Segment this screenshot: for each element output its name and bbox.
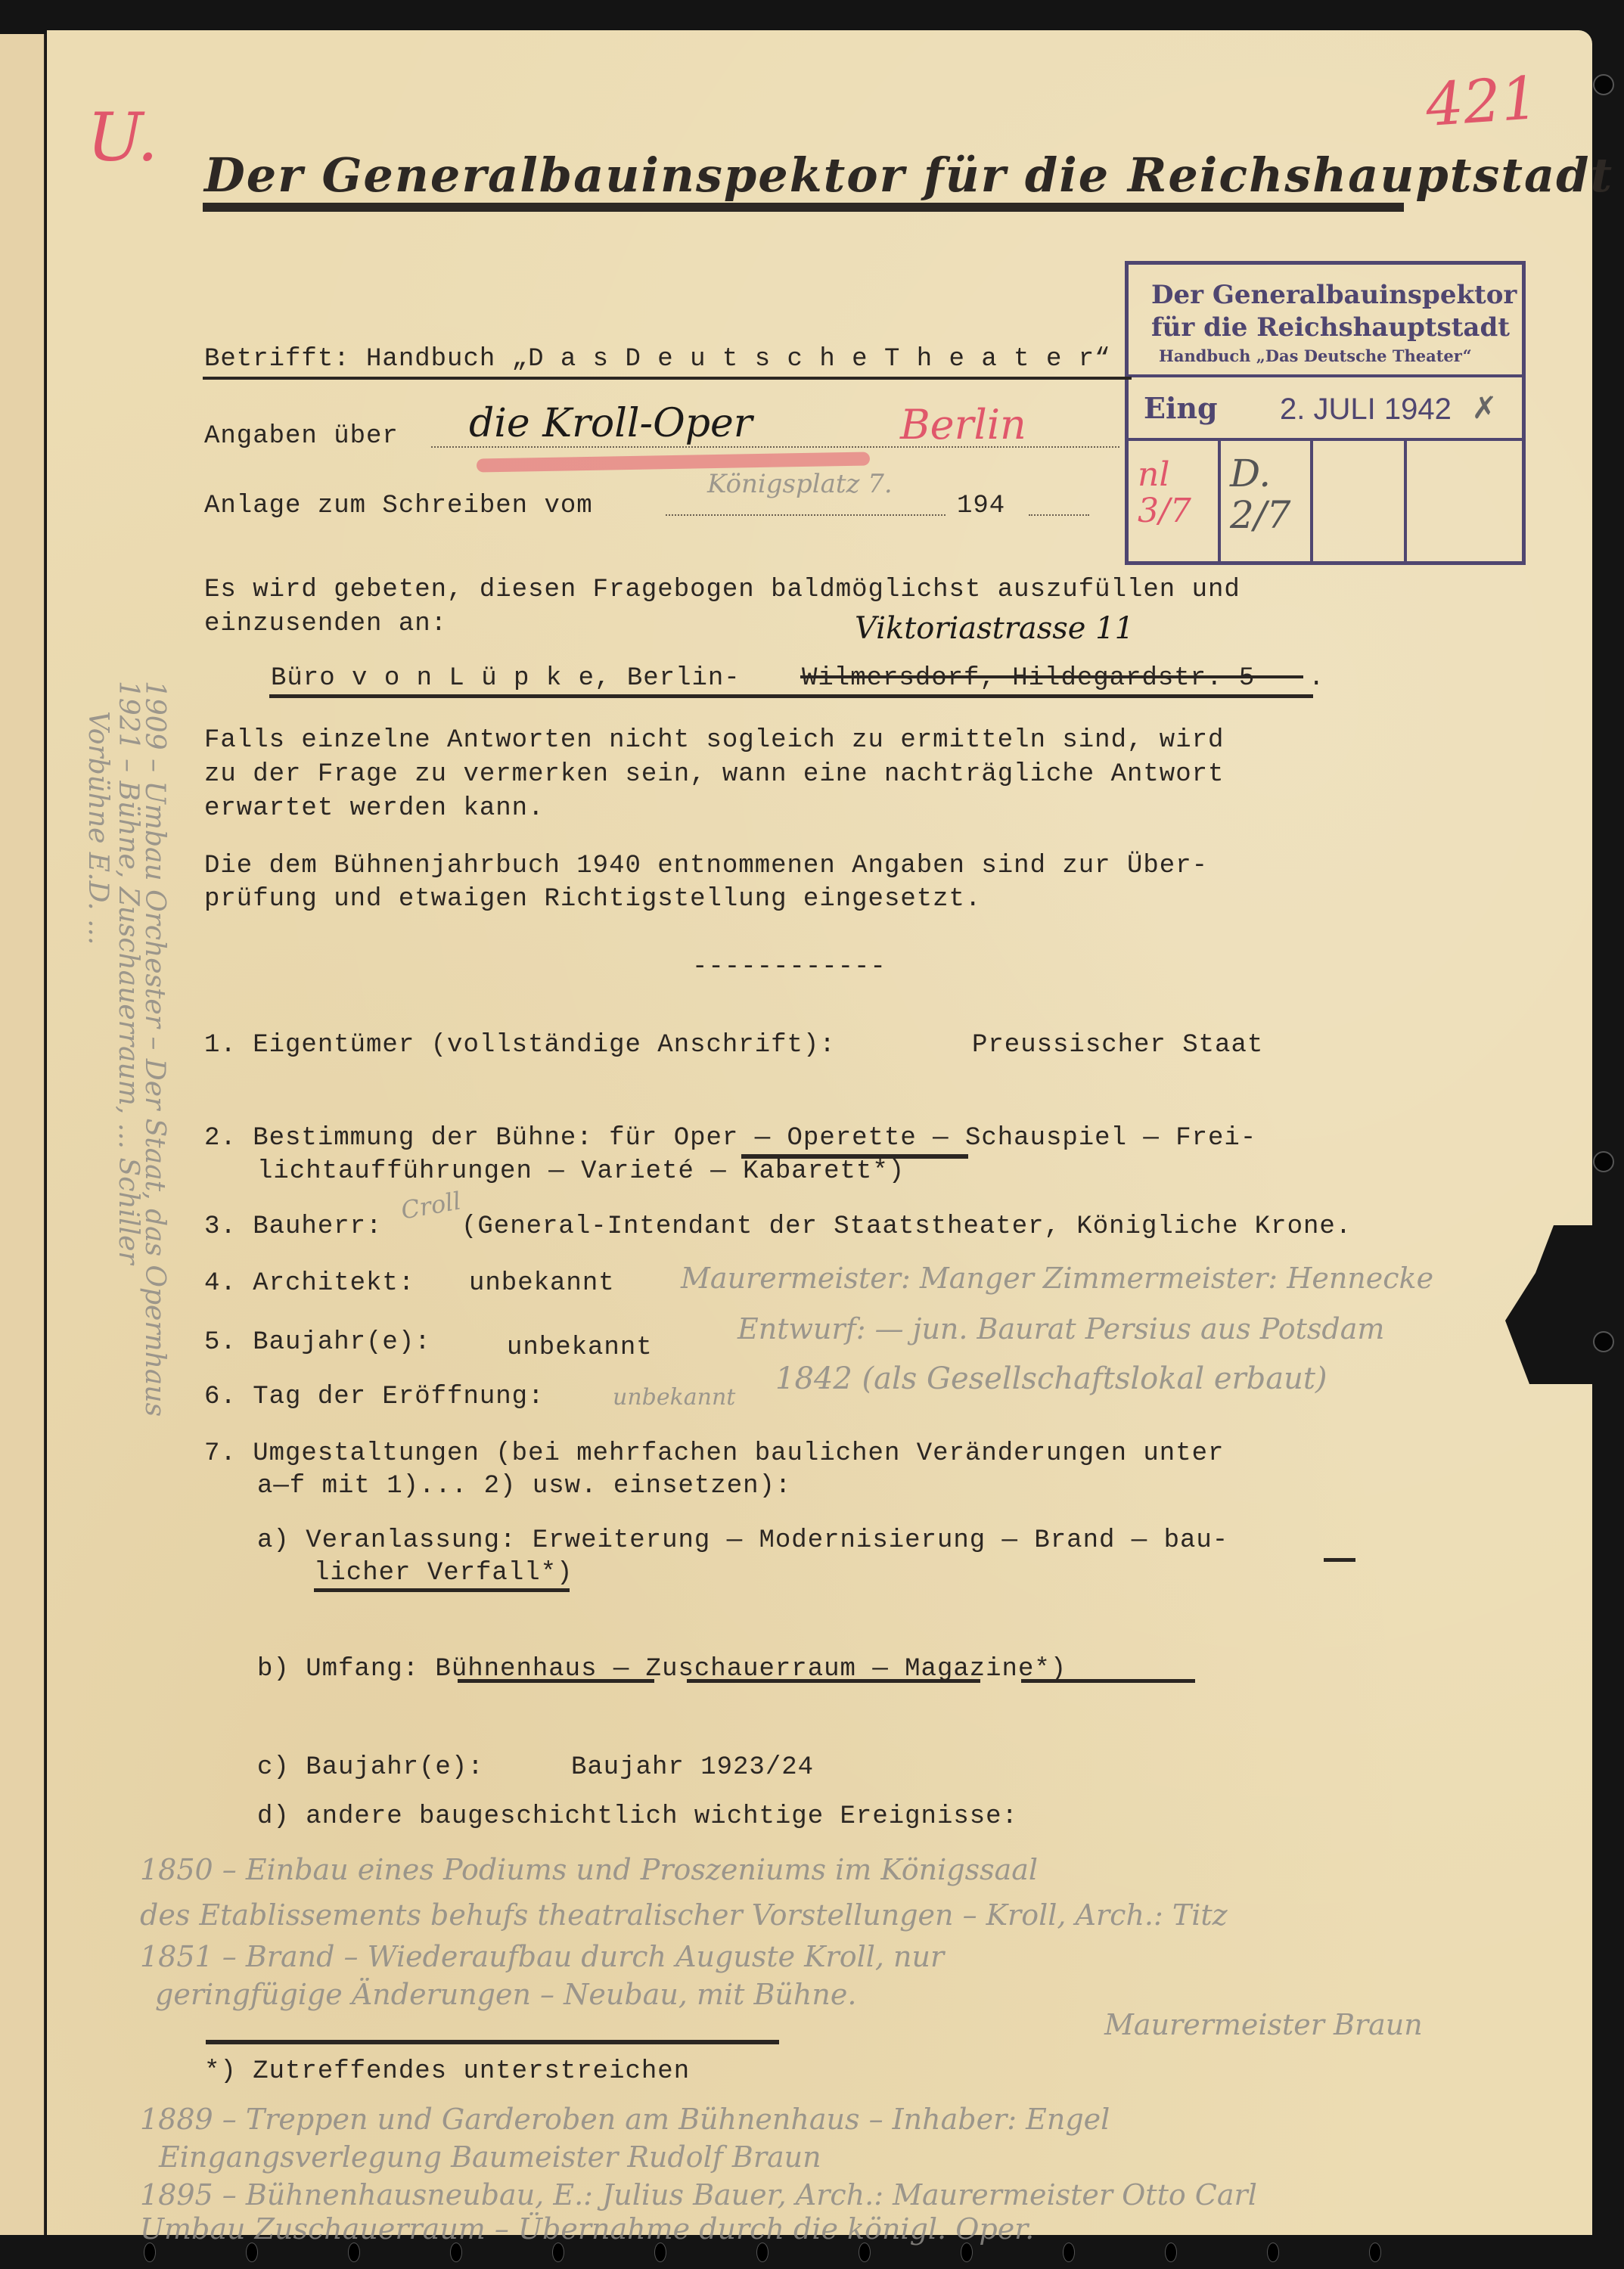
- instruction-text: Die dem Bühnenjahrbuch 1940 entnommenen …: [204, 853, 1208, 879]
- address-typed: Büro v o n L ü p k e, Berlin-: [271, 666, 741, 691]
- instruction-text: Falls einzelne Antworten nicht sogleich …: [204, 728, 1224, 753]
- instruction-text: einzusenden an:: [204, 611, 447, 637]
- question-3-answer: (General-Intendant der Staatstheater, Kö…: [461, 1214, 1352, 1240]
- binder-hole: [552, 2243, 564, 2262]
- question-7c-answer: Baujahr 1923/24: [571, 1755, 814, 1780]
- question-4-answer: unbekannt: [469, 1271, 615, 1296]
- question-7a-line-1: a) Veranlassung: Erweiterung — Modernisi…: [257, 1528, 1228, 1554]
- question-2-line-2: lichtaufführungen — Varieté — Kabarett*): [257, 1159, 905, 1184]
- pencil-note: 1889 – Treppen und Garderoben am Bühnenh…: [140, 2103, 1110, 2136]
- stamp-cell-1: nl 3/7: [1138, 457, 1206, 530]
- address-struck: Wilmersdorf, Hildegardstr. 5: [802, 666, 1255, 691]
- address-end: .: [1309, 666, 1324, 691]
- page-number: 421: [1424, 64, 1541, 140]
- footnote-rule: [206, 2040, 779, 2044]
- address-underline: [269, 694, 1313, 698]
- pencil-note: Maurermeister: Manger Zimmermeister: Hen…: [681, 1262, 1433, 1295]
- binder-hole: [348, 2243, 360, 2262]
- question-1-answer: Preussischer Staat: [972, 1032, 1263, 1058]
- binder-hole: [1593, 74, 1614, 95]
- question-7b: b) Umfang: Bühnenhaus — Zuschauerraum — …: [257, 1656, 1067, 1682]
- binder-hole: [1593, 1151, 1614, 1172]
- angaben-label: Angaben über: [204, 424, 399, 449]
- underline: [458, 1679, 654, 1683]
- binder-hole: [654, 2243, 666, 2262]
- red-annotation: Berlin: [900, 401, 1026, 449]
- stamp-date: 2. JULI 1942: [1280, 393, 1452, 427]
- binder-hole: [1369, 2243, 1381, 2262]
- binder-hole: [246, 2243, 258, 2262]
- stamp-line-3: Handbuch „Das Deutsche Theater“: [1159, 346, 1472, 365]
- pencil-note: 1851 – Brand – Wiederaufbau durch August…: [140, 1940, 944, 1973]
- separator: ------------: [692, 954, 887, 980]
- pencil-note: Entwurf: — jun. Baurat Persius aus Potsd…: [737, 1312, 1384, 1346]
- underline: [314, 1588, 570, 1592]
- corner-mark: U.: [87, 98, 158, 176]
- question-4-label: 4. Architekt:: [204, 1271, 415, 1296]
- stamp-line-1: Der Generalbauinspektor: [1151, 280, 1517, 310]
- receipt-stamp: Der Generalbauinspektor für die Reichsha…: [1125, 261, 1526, 565]
- margin-note: 1909 – Umbau Orchester – Der Staat, das …: [139, 681, 170, 1417]
- binder-hole: [1593, 1331, 1614, 1352]
- binder-hole: [1063, 2243, 1075, 2262]
- pencil-note: Eingangsverlegung Baumeister Rudolf Brau…: [159, 2140, 821, 2174]
- binder-hole: [450, 2243, 462, 2262]
- stamp-eing-label: Eing: [1144, 391, 1218, 425]
- pencil-note: 1895 – Bühnenhausneubau, E.: Julius Baue…: [140, 2178, 1257, 2212]
- question-6-label: 6. Tag der Eröffnung:: [204, 1384, 544, 1410]
- subject-underline: [203, 377, 1132, 380]
- pencil-note: Umbau Zuschauerraum – Übernahme durch di…: [140, 2212, 1034, 2246]
- question-7c-label: c) Baujahr(e):: [257, 1755, 484, 1780]
- question-7-line-1: 7. Umgestaltungen (bei mehrfachen baulic…: [204, 1441, 1224, 1467]
- instruction-text: prüfung und etwaigen Richtigstellung ein…: [204, 886, 981, 912]
- question-7d: d) andere baugeschichtlich wichtige Erei…: [257, 1804, 1018, 1830]
- instruction-text: Es wird gebeten, diesen Fragebogen baldm…: [204, 577, 1241, 603]
- question-5-answer: unbekannt: [507, 1335, 653, 1361]
- question-3-label: 3. Bauherr:: [204, 1214, 382, 1240]
- strikethrough: [800, 675, 1303, 678]
- pencil-note: 1842 (als Gesellschaftslokal erbaut): [775, 1361, 1327, 1396]
- address-correction: Viktoriastrasse 11: [855, 611, 1134, 646]
- strikethrough: [741, 1154, 968, 1159]
- footnote: *) Zutreffendes unterstreichen: [204, 2059, 690, 2084]
- underline: [1021, 1679, 1195, 1683]
- pencil-note: geringfügige Änderungen – Neubau, mit Bü…: [155, 1978, 856, 2011]
- question-2-line-1: 2. Bestimmung der Bühne: für Oper — Oper…: [204, 1125, 1256, 1151]
- pencil-note: Maurermeister Braun: [1104, 2008, 1423, 2041]
- margin-note: Vorbühne E.D. ...: [82, 711, 113, 945]
- question-7a-line-2: licher Verfall*): [314, 1560, 573, 1586]
- anlage-field-line: [666, 514, 946, 516]
- pencil-note: unbekannt: [613, 1384, 735, 1411]
- binder-hole: [859, 2243, 871, 2262]
- underline: [687, 1679, 980, 1683]
- stamp-cell-3: [1313, 438, 1407, 561]
- binder-hole: [1165, 2243, 1177, 2262]
- anlage-year-line: [1029, 514, 1089, 516]
- binder-hole: [1267, 2243, 1279, 2262]
- binder-hole: [144, 2243, 156, 2262]
- question-1-label: 1. Eigentümer (vollständige Anschrift):: [204, 1032, 836, 1058]
- angaben-value: die Kroll-Oper: [469, 401, 753, 446]
- instruction-text: erwartet werden kann.: [204, 796, 544, 821]
- pencil-note: des Etablissements behufs theatralischer…: [140, 1898, 1228, 1932]
- instruction-text: zu der Frage zu vermerken sein, wann ein…: [204, 762, 1224, 787]
- stamp-cell-2: D. 2/7: [1230, 453, 1298, 536]
- letterhead-title: Der Generalbauinspektor für die Reichsha…: [204, 147, 1613, 203]
- binder-hole: [961, 2243, 973, 2262]
- binder-hole: [756, 2243, 769, 2262]
- margin-note: 1921 – Bühne, Zuschauerraum, ... Schille…: [113, 681, 144, 1265]
- anlage-label: Anlage zum Schreiben vom: [204, 493, 593, 519]
- subject-line: Betrifft: Handbuch „D a s D e u t s c h …: [204, 346, 1111, 372]
- question-5-label: 5. Baujahr(e):: [204, 1330, 431, 1355]
- stamp-line-2: für die Reichshauptstadt: [1151, 312, 1510, 343]
- adjacent-page-edge: [0, 34, 45, 2269]
- pencil-note: 1850 – Einbau eines Podiums und Proszeni…: [140, 1853, 1038, 1886]
- question-7-line-2: a—f mit 1)... 2) usw. einsetzen):: [257, 1473, 791, 1499]
- anlage-year: 194: [957, 493, 1005, 519]
- underline: [1324, 1558, 1355, 1562]
- check-mark-icon: ✗: [1473, 383, 1495, 430]
- letterhead-rule: [203, 203, 1404, 212]
- address-annotation: Königsplatz 7.: [707, 469, 893, 499]
